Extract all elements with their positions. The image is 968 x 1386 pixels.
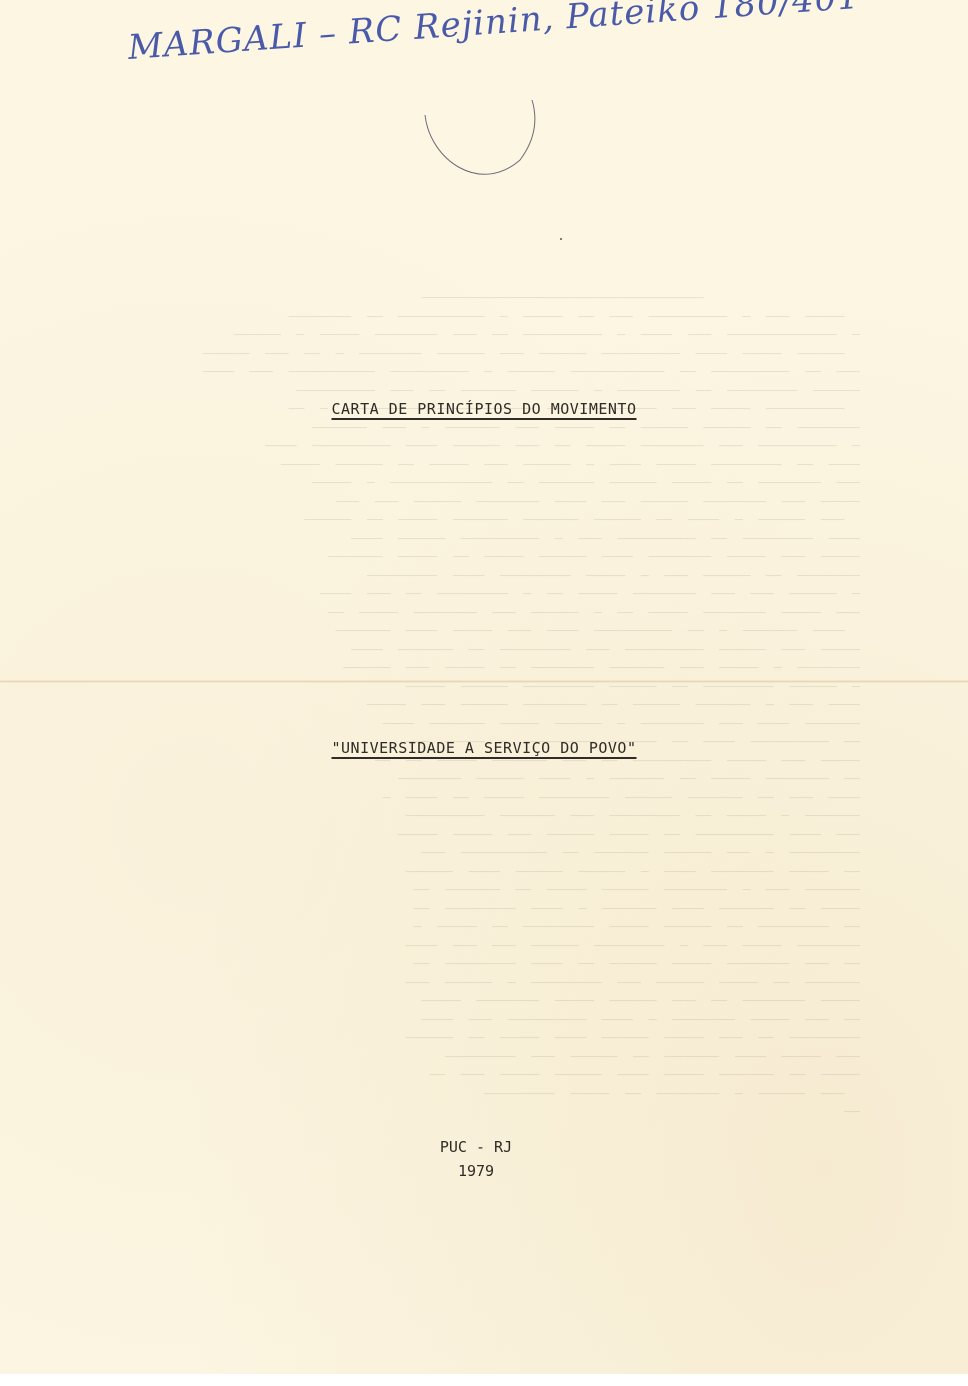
page-edge bbox=[0, 1374, 968, 1386]
year-label: 1979 bbox=[0, 1162, 960, 1180]
institution-label: PUC - RJ bbox=[0, 1138, 960, 1156]
document-title: CARTA DE PRINCÍPIOS DO MOVIMENTO bbox=[0, 400, 968, 418]
ink-speck bbox=[560, 238, 562, 240]
document-subtitle: "UNIVERSIDADE A SERVIÇO DO POVO" bbox=[0, 739, 968, 757]
subtitle-text: "UNIVERSIDADE A SERVIÇO DO POVO" bbox=[332, 739, 637, 757]
pen-stroke-mark bbox=[420, 100, 540, 190]
show-through-text: ──────────────────────────────────── ───… bbox=[100, 290, 860, 1150]
title-text: CARTA DE PRINCÍPIOS DO MOVIMENTO bbox=[332, 400, 637, 418]
